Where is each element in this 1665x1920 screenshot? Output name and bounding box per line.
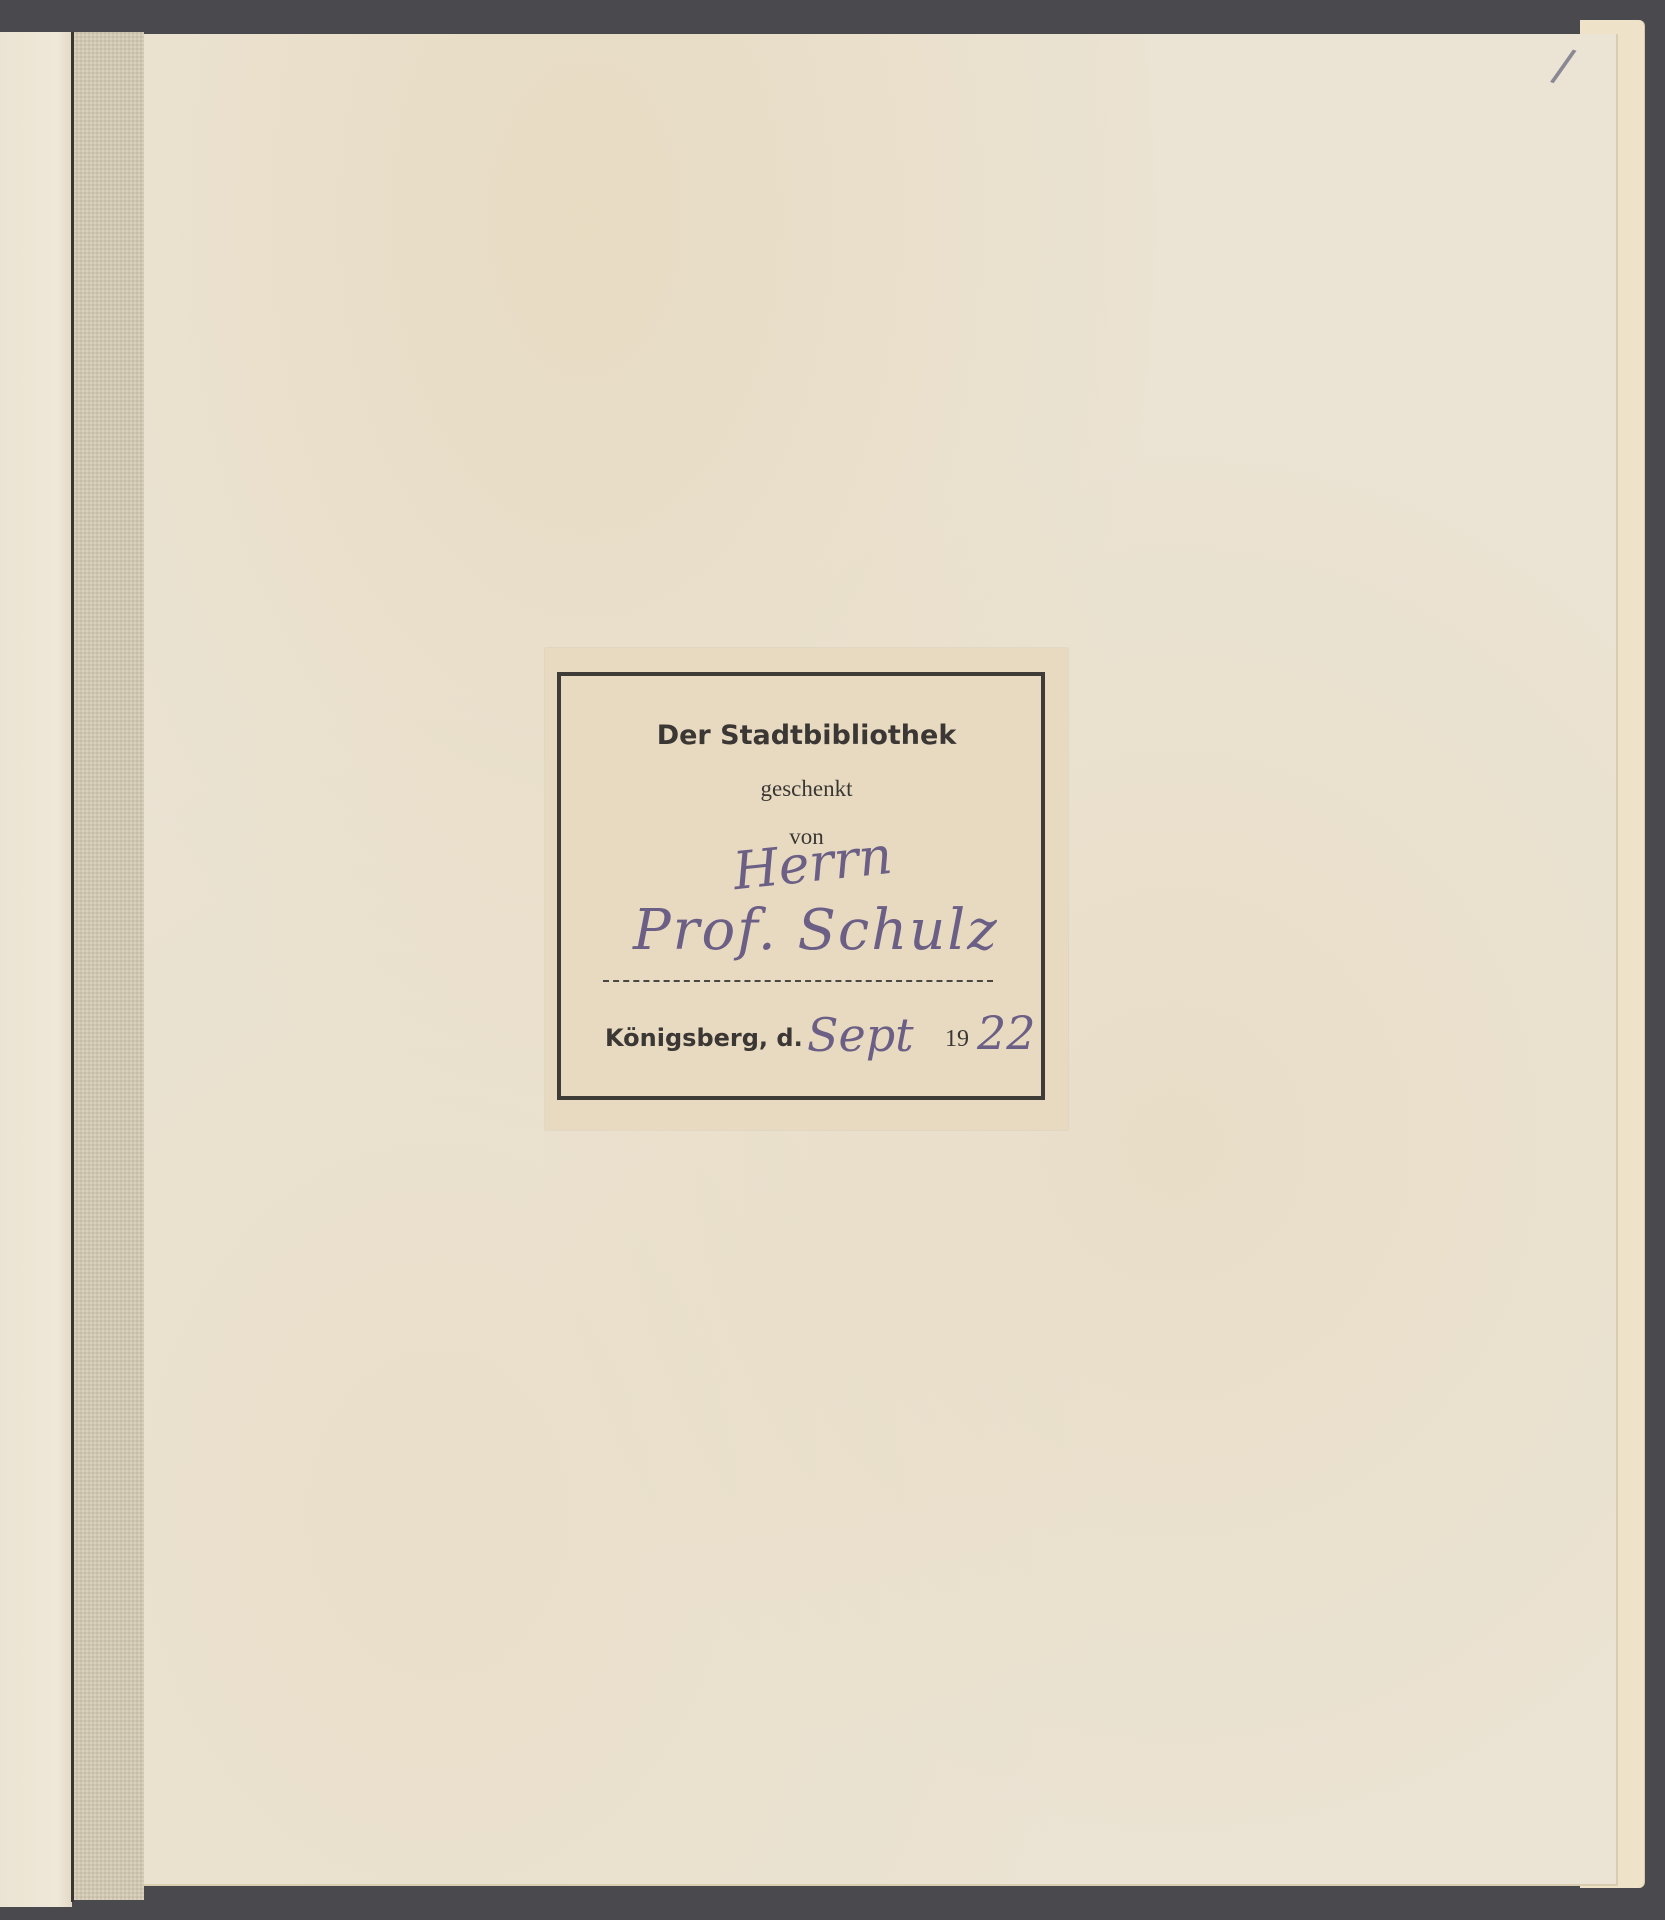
signature-dotted-line — [603, 980, 993, 982]
handwritten-month: Sept — [807, 1008, 914, 1062]
handwritten-donor-name: Prof. Schulz — [633, 898, 999, 963]
donation-bookplate: Der Stadtbibliothek geschenkt von Herrn … — [545, 648, 1068, 1130]
binding-cloth — [74, 32, 144, 1900]
left-facing-page — [0, 32, 72, 1907]
bookplate-geschenkt: geschenkt — [545, 776, 1068, 802]
handwritten-year: 22 — [977, 1006, 1036, 1060]
year-prefix: 19 — [945, 1026, 969, 1053]
bookplate-place: Königsberg, d. — [605, 1024, 803, 1052]
bookplate-title: Der Stadtbibliothek — [545, 720, 1068, 751]
